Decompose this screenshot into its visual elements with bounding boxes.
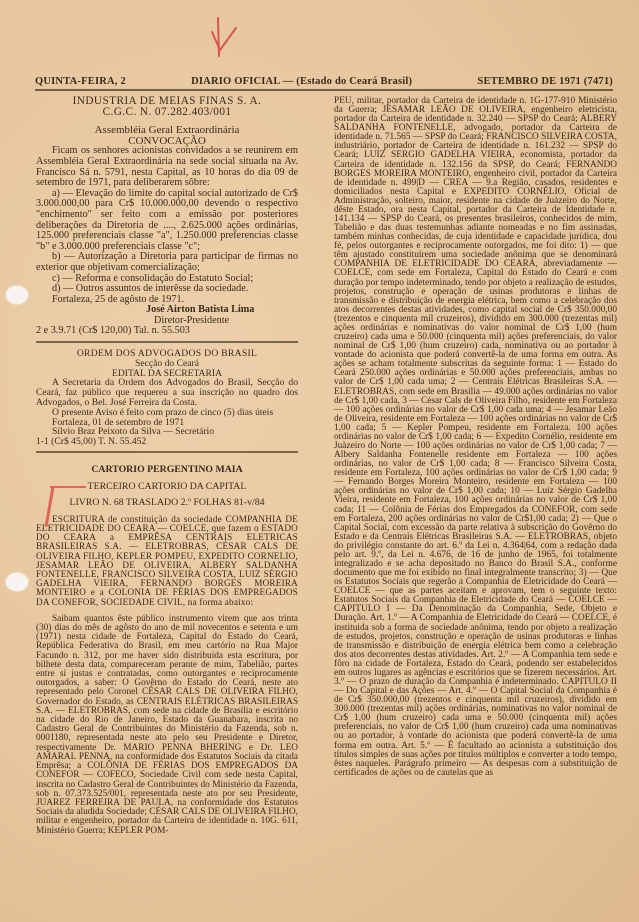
header-date: QUINTA-FEIRA, 2 (35, 76, 126, 87)
newspaper-page: QUINTA-FEIRA, 2 DIARIO OFICIAL — (Estado… (0, 0, 639, 922)
escritura-body-right: PEU, militar, portador da Carteira de id… (334, 97, 617, 778)
header-publication: DIARIO OFICIAL — (Estado do Ceará Brasil… (191, 76, 412, 87)
header-month-issue: SETEMBRO DE 1971 (7471) (477, 76, 613, 87)
punch-hole-top (6, 286, 28, 304)
oab-body: A Secretaria da Ordem dos Advogados do B… (36, 378, 298, 407)
header-rule (35, 89, 613, 91)
page-header: QUINTA-FEIRA, 2 DIARIO OFICIAL — (Estado… (35, 74, 613, 88)
punch-hole-bottom (6, 573, 28, 591)
cartorio-book: LIVRO N. 68 TRASLADO 2.º FOLHAS 81-v/84 (36, 498, 298, 509)
red-checkmark-icon (210, 14, 240, 60)
agenda-item-a: a) — Elevação do limite do capital socia… (36, 189, 298, 253)
company-cgc: C.G.C. N. 07.282.403/001 (36, 107, 298, 118)
cartorio-subtitle: TERCEIRO CARTORIO DA CAPITAL (36, 482, 298, 493)
convocation-intro: Ficam os senhores acionistas convidados … (36, 146, 298, 188)
section-divider (36, 341, 298, 343)
notice-cartorio: CARTORIO PERGENTINO MAIA TERCEIRO CARTOR… (36, 459, 298, 836)
section-divider (36, 451, 298, 453)
escritura-body-left: Saibam quantos êste público instrumento … (36, 615, 298, 836)
company-name: INDUSTRIA DE MEIAS FINAS S. A. (36, 96, 298, 107)
notice-oab: ORDEM DOS ADVOGADOS DO BRASIL Secção do … (36, 349, 298, 447)
right-column: PEU, militar, portador da Carteira de id… (334, 97, 617, 778)
cartorio-name: CARTORIO PERGENTINO MAIA (36, 465, 298, 476)
notice-footer: 2 e 3.9.71 (Cr$ 120,00) Tal. n. 55.503 (36, 326, 298, 337)
escritura-heading: ESCRITURA de constituição da sociedade C… (36, 515, 298, 607)
oab-footer: 1-1 (Cr$ 45,00) T. N. 55.452 (36, 437, 298, 447)
notice-meias-finas: INDUSTRIA DE MEIAS FINAS S. A. C.G.C. N.… (36, 96, 298, 337)
left-column: INDUSTRIA DE MEIAS FINAS S. A. C.G.C. N.… (36, 96, 298, 836)
agenda-item-b: b) — Autorização a Diretoria para partic… (36, 252, 298, 273)
